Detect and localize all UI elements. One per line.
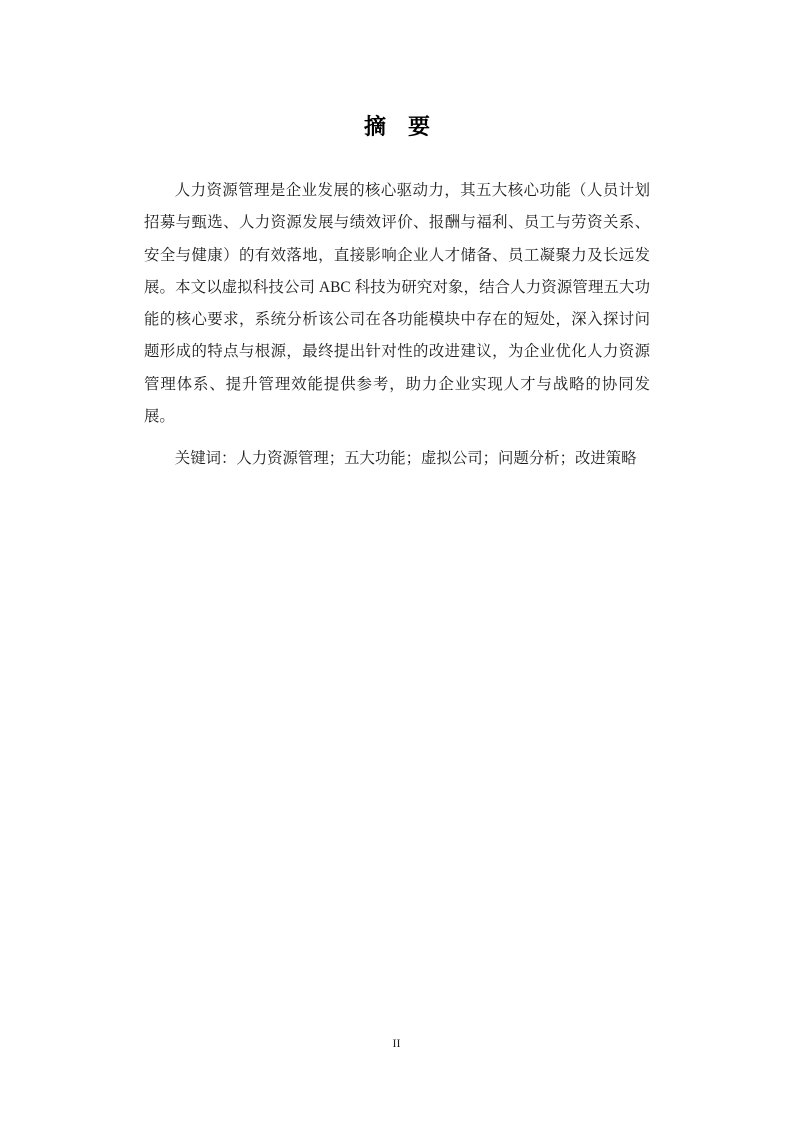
document-page: 摘 要 人力资源管理是企业发展的核心驱动力，其五大核心功能（人员计划招募与甄选、… bbox=[0, 0, 793, 1122]
page-footer: II bbox=[0, 1034, 793, 1052]
page-number: II bbox=[393, 1036, 401, 1050]
abstract-paragraph: 人力资源管理是企业发展的核心驱动力，其五大核心功能（人员计划招募与甄选、人力资源… bbox=[144, 175, 650, 433]
page-content: 摘 要 人力资源管理是企业发展的核心驱动力，其五大核心功能（人员计划招募与甄选、… bbox=[0, 0, 793, 476]
page-title: 摘 要 bbox=[144, 113, 650, 140]
keywords-line: 关键词：人力资源管理；五大功能；虚拟公司；问题分析；改进策略 bbox=[144, 443, 650, 475]
